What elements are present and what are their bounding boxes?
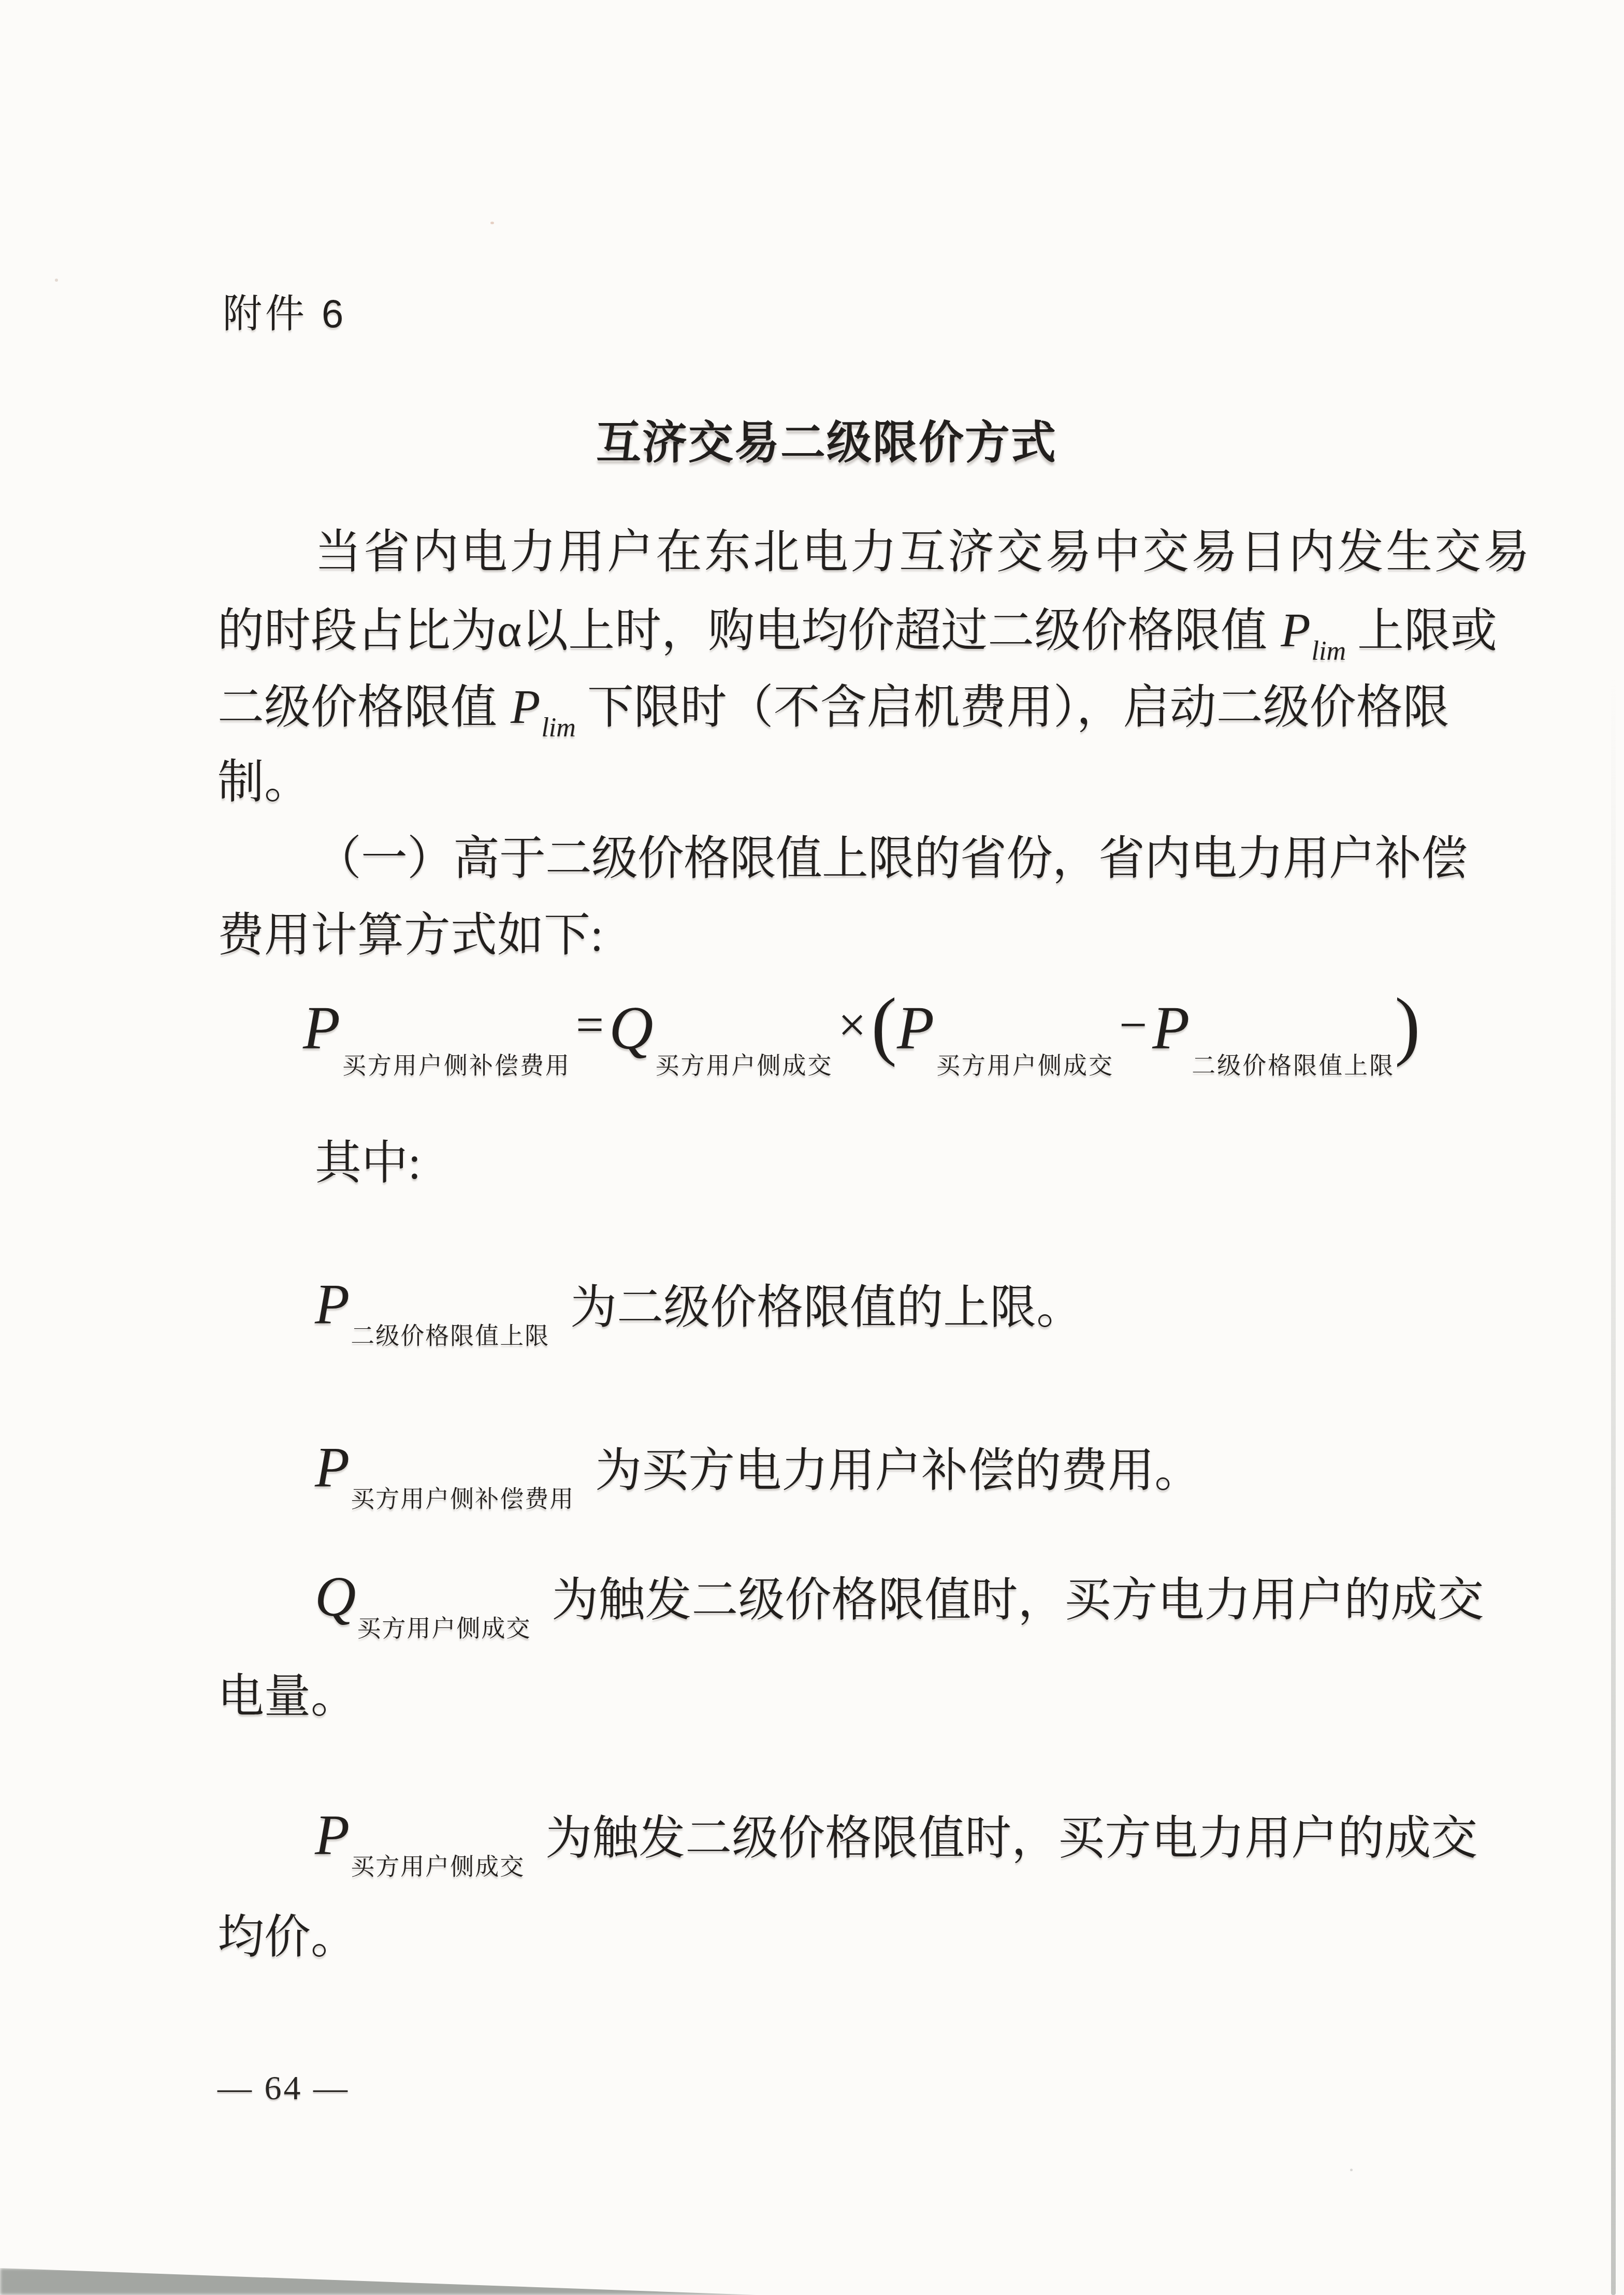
var-p-lim: P xyxy=(511,680,540,734)
var-p-lim: P xyxy=(1281,603,1310,657)
para1-line3: 二级价格限值Plim下限时（不含启机费用），启动二级价格限 xyxy=(218,679,1449,744)
def-symbol: Q xyxy=(315,1565,356,1628)
page-number: — 64 — xyxy=(218,2069,350,2108)
compensation-formula: P买方用户侧补偿费用=Q买方用户侧成交×(P买方用户侧成交−P二级价格限值上限) xyxy=(303,981,1420,1069)
def-symbol: P xyxy=(315,1803,350,1866)
scan-speck xyxy=(55,279,58,282)
definition-continuation: 均价。 xyxy=(218,1911,357,1965)
definition-row: Q买方用户侧成交为触发二级价格限值时，买方电力用户的成交 xyxy=(315,1564,1484,1630)
def-text: 为触发二级价格限值时，买方电力用户的成交 xyxy=(545,1813,1477,1864)
open-paren: ( xyxy=(872,983,897,1068)
equals-sign: = xyxy=(576,997,604,1052)
text-run: 上限或 xyxy=(1357,605,1497,657)
para2-line2: 费用计算方式如下: xyxy=(218,909,603,963)
text-run: 二级价格限值 xyxy=(218,682,497,733)
def-text: 为二级价格限值的上限。 xyxy=(570,1282,1083,1333)
formula-subscript-p1: 买方用户侧补偿费用 xyxy=(342,1047,571,1081)
formula-subscript-p2: 买方用户侧成交 xyxy=(936,1047,1114,1081)
def-symbol: P xyxy=(315,1272,350,1335)
attachment-label: 附件 6 xyxy=(223,282,346,339)
among-label: 其中: xyxy=(315,1137,421,1190)
page-title: 互济交易二级限价方式 xyxy=(0,406,1624,471)
scan-speck xyxy=(1350,2169,1353,2171)
def-text: 为买方电力用户补偿的费用。 xyxy=(595,1445,1201,1497)
def-subscript: 二级价格限值上限 xyxy=(351,1323,549,1350)
scan-edge-shadow-bottom-left xyxy=(0,2268,756,2295)
para1-line4: 制。 xyxy=(218,756,311,809)
multiply-sign: × xyxy=(838,997,866,1052)
formula-subscript-q: 买方用户侧成交 xyxy=(655,1047,833,1081)
para1-line2: 的时段占比为α以上时，购电均价超过二级价格限值Plim上限或 xyxy=(218,602,1497,667)
var-p-lim-subscript: lim xyxy=(541,713,575,743)
definition-row: P买方用户侧成交为触发二级价格限值时，买方电力用户的成交 xyxy=(315,1802,1477,1868)
close-paren: ) xyxy=(1395,983,1420,1068)
text-run: 的时段占比为α以上时，购电均价超过二级价格限值 xyxy=(218,605,1267,657)
formula-symbol-q: Q xyxy=(609,994,653,1062)
definition-continuation: 电量。 xyxy=(218,1670,357,1724)
minus-sign: − xyxy=(1119,997,1147,1052)
def-subscript: 买方用户侧补偿费用 xyxy=(351,1486,574,1513)
formula-symbol-p1: P xyxy=(303,994,340,1062)
scan-speck xyxy=(490,222,494,224)
def-subscript: 买方用户侧成交 xyxy=(351,1853,525,1881)
document-page: 附件 6 互济交易二级限价方式 当省内电力用户在东北电力互济交易中交易日内发生交… xyxy=(0,0,1624,2295)
var-p-lim-subscript: lim xyxy=(1312,636,1346,666)
formula-symbol-p2: P xyxy=(897,994,934,1062)
text-run: 下限时（不含启机费用），启动二级价格限 xyxy=(587,682,1449,733)
scan-edge-shadow-right xyxy=(1611,673,1616,2295)
formula-symbol-p3: P xyxy=(1152,994,1190,1062)
def-subscript: 买方用户侧成交 xyxy=(357,1615,531,1643)
definition-row: P二级价格限值上限为二级价格限值的上限。 xyxy=(315,1271,1083,1337)
definition-row: P买方用户侧补偿费用为买方电力用户补偿的费用。 xyxy=(315,1434,1201,1500)
para1-line1: 当省内电力用户在东北电力互济交易中交易日内发生交易 xyxy=(315,526,1532,579)
def-symbol: P xyxy=(315,1435,350,1499)
para2-line1: （一）高于二级价格限值上限的省份，省内电力用户补偿 xyxy=(315,832,1467,886)
formula-subscript-p3: 二级价格限值上限 xyxy=(1192,1047,1395,1081)
def-text: 为触发二级价格限值时，买方电力用户的成交 xyxy=(552,1575,1484,1626)
